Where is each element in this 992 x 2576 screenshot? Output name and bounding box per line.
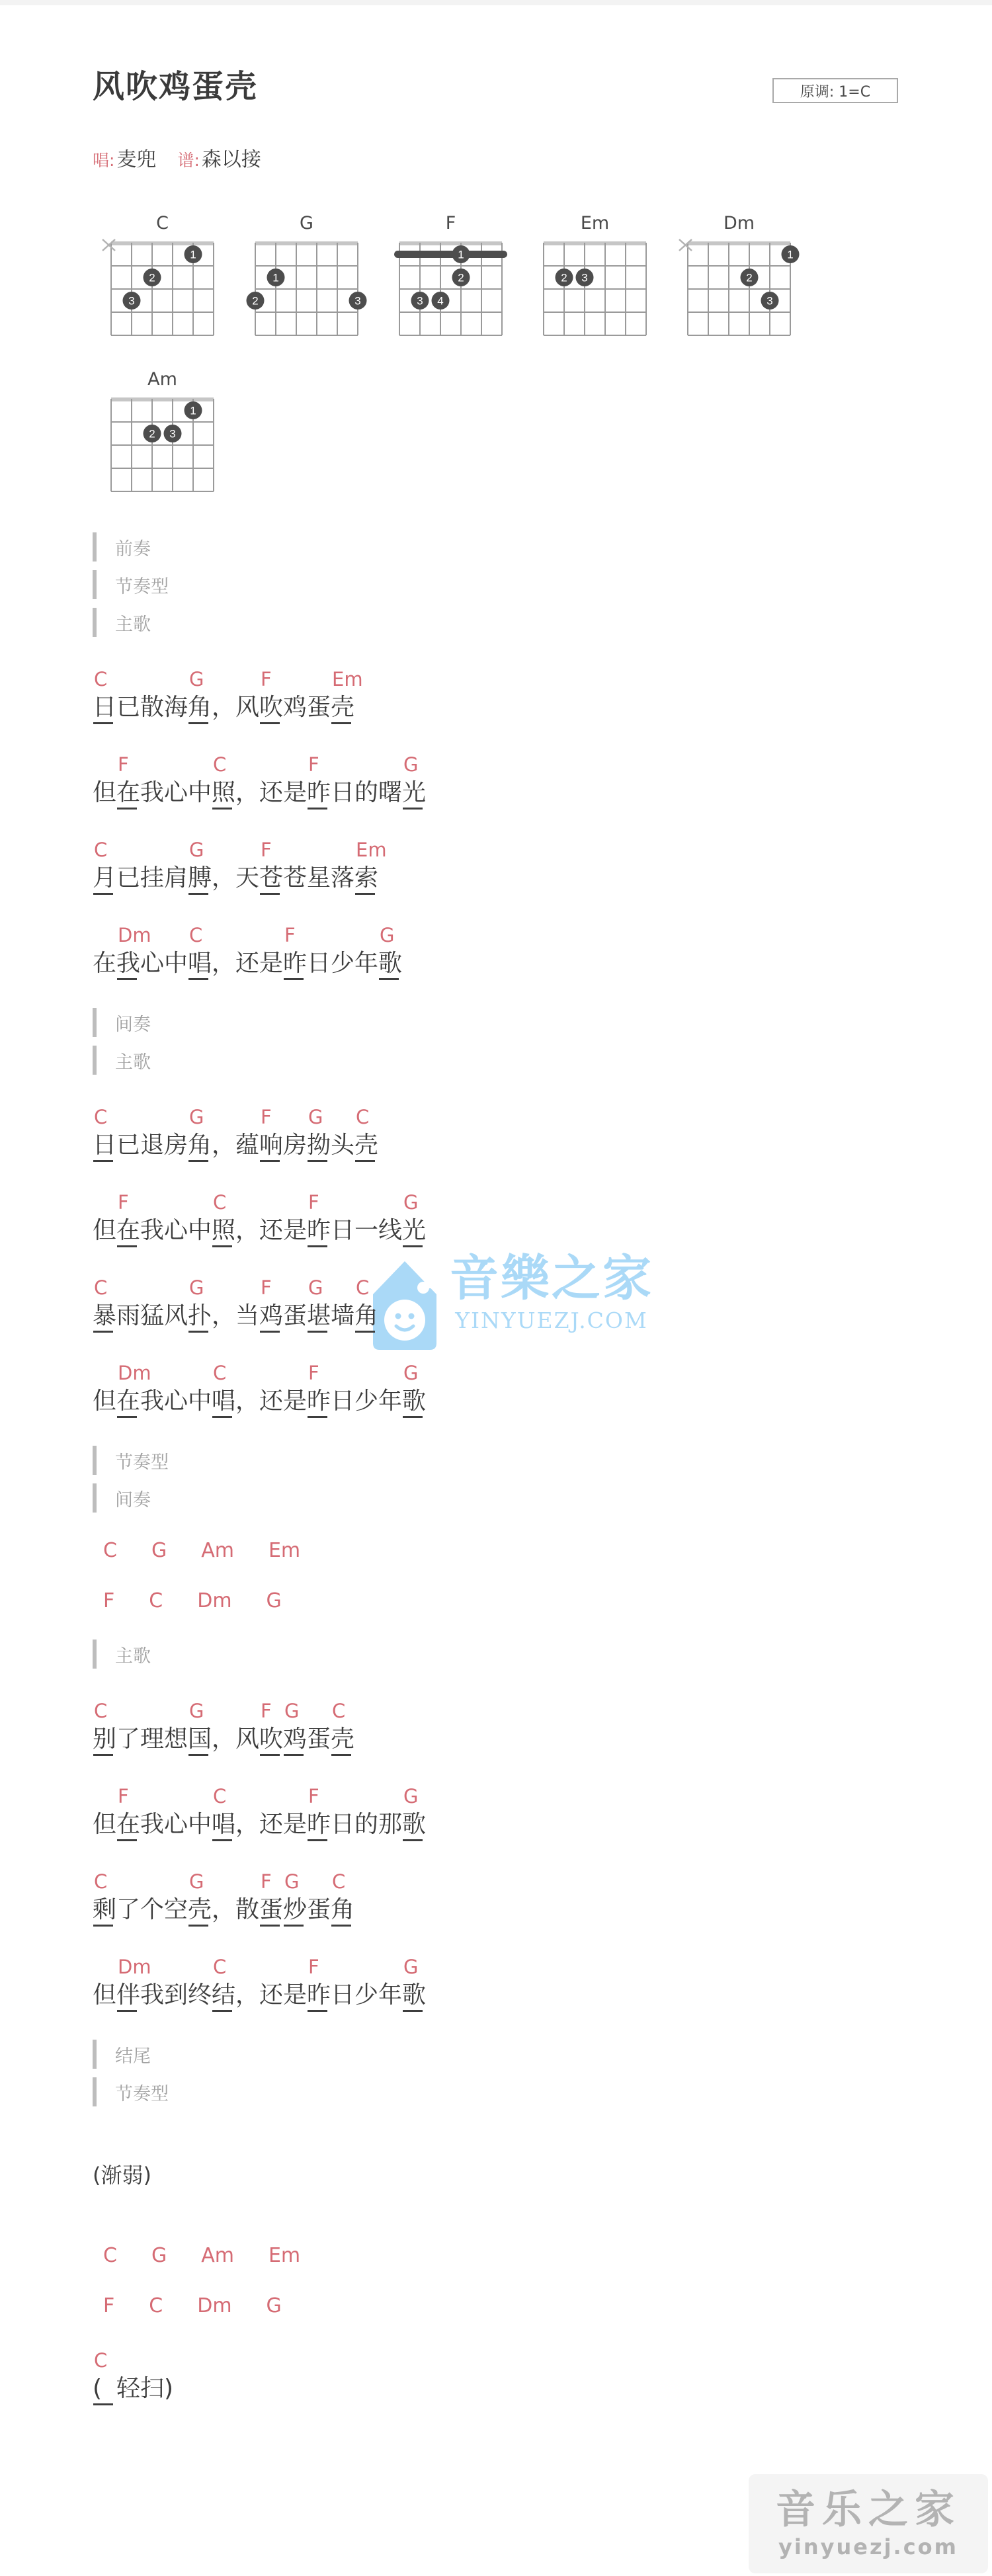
chord-label: C (356, 1106, 369, 1128)
lyric-char: 剩 (93, 1895, 116, 1925)
chord-diagram-Dm: Dm123 (676, 212, 808, 342)
lyric-char: 一 (354, 1216, 378, 1245)
lyric-line: CGFGC暴雨猛风扑，当鸡蛋堪墙角 (93, 1275, 992, 1331)
song-body: 前奏节奏型主歌CGFEm日已散海角，风吹鸡蛋壳FCFG但在我心中照，还是昨日的曙… (93, 532, 992, 2403)
lyric-text: 但在我心中照，还是昨日的曙光 (93, 778, 992, 808)
chord-label: G (189, 1700, 204, 1722)
lyric-text: 但在我心中唱，还是昨日少年歌 (93, 1387, 992, 1416)
section-label-主歌: 主歌 (93, 1640, 992, 1669)
section-label-text: 节奏型 (115, 572, 169, 598)
svg-text:2: 2 (746, 272, 752, 284)
lyric-char: 的 (354, 1810, 378, 1839)
chord-label: G (403, 1362, 418, 1384)
lyric-char: 已 (116, 864, 140, 893)
chord-label: G (284, 1700, 299, 1722)
lyric-char: 散 (140, 693, 164, 722)
chord-label: C (332, 1700, 345, 1722)
chord-label: C (189, 924, 202, 946)
lyric-char: 我 (140, 1216, 164, 1245)
lyric-char: 了 (116, 1895, 140, 1925)
lyric-char: 吹 (259, 693, 283, 722)
lyric-char: 角 (354, 1302, 378, 1331)
lyric-line: CGFGC日已退房角，蕴响房拗头壳 (93, 1104, 992, 1160)
chord-sheet-page: 风吹鸡蛋壳 原调: 1=C 唱:麦兜谱:森以接 C123G123F1234Em2… (0, 0, 992, 2576)
svg-text:2: 2 (149, 428, 155, 440)
chord-label: G (403, 1956, 418, 1978)
lyric-line: C(轻扫) (93, 2348, 992, 2403)
svg-text:3: 3 (581, 272, 587, 284)
lyric-char: 但 (93, 1216, 116, 1245)
lyric-char: 我 (116, 949, 140, 978)
lyric-char: 歌 (402, 1387, 426, 1416)
svg-text:1: 1 (787, 249, 793, 261)
lyric-text: 剩了个空壳，散蛋炒蛋角 (93, 1895, 992, 1925)
lyric-char: 在 (116, 1216, 140, 1245)
lyric-char: 理 (140, 1725, 164, 1754)
lyric-char: ， (212, 949, 235, 978)
lyric-line: CGFGC剩了个空壳，散蛋炒蛋角 (93, 1869, 992, 1925)
chord-label: F (308, 1785, 319, 1807)
lyric-char: 拗 (307, 1131, 331, 1160)
section-label-text: 主歌 (115, 610, 151, 636)
chord-label: F (118, 1191, 129, 1214)
lyric-line: CGFEm日已散海角，风吹鸡蛋壳 (93, 667, 992, 722)
chord-label: Em (269, 2244, 300, 2267)
chord-label: F (103, 1589, 114, 1612)
lyric-char: 日 (331, 1387, 354, 1416)
chord-label: Em (332, 668, 363, 690)
lyric-line: FCFG但在我心中照，还是昨日的曙光 (93, 752, 992, 808)
chord-label: C (213, 1362, 226, 1384)
chord-diagram-row-2: Am123 (99, 368, 992, 498)
lyric-char: 风 (235, 693, 259, 722)
chord-label: F (261, 1700, 272, 1722)
lyric-char: ， (235, 1981, 259, 2010)
lyric-char: 终 (188, 1981, 212, 2010)
section-label-text: 前奏 (115, 534, 151, 560)
chord-label: C (332, 1870, 345, 1893)
svg-text:3: 3 (354, 295, 360, 308)
lyric-char: 中 (164, 949, 188, 978)
arranger-label: 谱: (177, 151, 199, 170)
section-bar (93, 1008, 97, 1037)
chord-progression-row: FCDmG (93, 1589, 992, 1613)
lyric-char: 苍 (259, 864, 283, 893)
footer-logo-url: yinyuezj.com (778, 2534, 958, 2559)
lyric-char: 是 (283, 778, 307, 808)
chord-label: Dm (118, 924, 151, 946)
lyric-char: 曙 (378, 778, 402, 808)
lyric-char: 退 (140, 1131, 164, 1160)
lyric-char: 唱 (212, 1810, 235, 1839)
lyric-text: 别了理想国，风吹鸡蛋壳 (93, 1725, 992, 1754)
chord-label: F (261, 839, 272, 861)
section-bar (93, 532, 97, 561)
lyric-char: 中 (188, 778, 212, 808)
lyric-char: 昨 (283, 949, 307, 978)
chord-label: C (213, 1956, 226, 1978)
chord-label: F (261, 668, 272, 690)
lyric-line: CGFGC别了理想国，风吹鸡蛋壳 (93, 1698, 992, 1754)
lyric-char: 还 (259, 1810, 283, 1839)
lyric-char: 心 (164, 1216, 188, 1245)
lyric-char: 蛋 (307, 1725, 331, 1754)
lyric-char: 但 (93, 1387, 116, 1416)
chord-label: F (284, 924, 296, 946)
lyric-char: 少 (331, 949, 354, 978)
chord-label: G (189, 839, 204, 861)
chord-label: C (94, 1276, 107, 1299)
lyric-char: 房 (283, 1131, 307, 1160)
section-bar (93, 1483, 97, 1513)
fretboard-grid: 123 (99, 395, 231, 495)
lyric-char: 年 (378, 1387, 402, 1416)
lyric-char: 炒 (283, 1895, 307, 1925)
lyric-char: 心 (164, 1387, 188, 1416)
lyric-text: 日已退房角，蕴响房拗头壳 (93, 1131, 992, 1160)
chord-label: C (94, 1700, 107, 1722)
lyric-char: 蛋 (307, 1895, 331, 1925)
chord-label: F (308, 1956, 319, 1978)
section-bar (93, 1640, 97, 1669)
singer-name: 麦兜 (116, 148, 156, 171)
lyric-line: DmCFG在我心中唱，还是昨日少年歌 (93, 923, 992, 978)
singer-label: 唱: (93, 151, 114, 170)
chord-label: Dm (118, 1956, 151, 1978)
lyric-char: 苍 (283, 864, 307, 893)
chord-progression-row: CGAmEm (93, 1539, 992, 1563)
svg-text:3: 3 (417, 295, 423, 308)
chord-label: C (149, 1589, 163, 1612)
lyric-char: ， (212, 1725, 235, 1754)
lyric-char: 已 (116, 1131, 140, 1160)
lyric-char: 了 (116, 1725, 140, 1754)
chord-diagram-G: G123 (243, 212, 376, 342)
chord-diagram-Am: Am123 (99, 368, 231, 498)
lyric-char: 日 (331, 778, 354, 808)
lyric-char: 蛋 (283, 1302, 307, 1331)
lyric-char: 但 (93, 778, 116, 808)
svg-text:2: 2 (458, 272, 464, 284)
chord-label: F (261, 1276, 272, 1299)
chord-label: G (267, 1589, 282, 1612)
lyric-char: ， (235, 1810, 259, 1839)
svg-text:2: 2 (149, 272, 155, 284)
chord-label: Dm (118, 1362, 151, 1384)
lyric-char: 是 (283, 1981, 307, 2010)
lyric-char: 雨 (116, 1302, 140, 1331)
chord-label: F (261, 1106, 272, 1128)
lyric-char: 日 (331, 1216, 354, 1245)
lyric-char: ， (212, 1302, 235, 1331)
lyric-char: 房 (164, 1131, 188, 1160)
section-label-text: 结尾 (115, 2042, 151, 2067)
lyric-char: 到 (164, 1981, 188, 2010)
chord-label: C (103, 1539, 117, 1562)
chord-label: Am (201, 1539, 234, 1562)
lyric-char: 昨 (307, 1810, 331, 1839)
lyric-char: 响 (259, 1131, 283, 1160)
performance-note: (渐弱) (93, 2162, 992, 2188)
lyric-char: ， (212, 1895, 235, 1925)
fretboard-grid: 123 (243, 239, 376, 339)
lyric-char: 扫 (140, 2374, 164, 2403)
lyric-text: 但在我心中唱，还是昨日的那歌 (93, 1810, 992, 1839)
chord-label: G (267, 2294, 282, 2317)
section-label-结尾: 结尾 (93, 2040, 992, 2069)
svg-text:4: 4 (437, 295, 443, 308)
chord-label: G (284, 1870, 299, 1893)
lyric-char: 心 (164, 1810, 188, 1839)
lyric-char: 壳 (331, 1725, 354, 1754)
chord-label: C (213, 1785, 226, 1807)
chord-label: F (308, 753, 319, 776)
chord-label: G (308, 1276, 323, 1299)
lyric-char: 中 (188, 1810, 212, 1839)
lyric-char: 当 (235, 1302, 259, 1331)
lyric-char: 个 (140, 1895, 164, 1925)
lyric-char: 国 (188, 1725, 212, 1754)
section-bar (93, 570, 97, 599)
chord-label: C (213, 1191, 226, 1214)
lyric-text: 在我心中唱，还是昨日少年歌 (93, 949, 992, 978)
lyric-char: 轻 (116, 2374, 140, 2403)
lyric-char: 照 (212, 778, 235, 808)
lyric-char: 少 (354, 1981, 378, 2010)
lyric-char: 我 (140, 1981, 164, 2010)
chord-label: G (189, 1870, 204, 1893)
lyric-char: ) (164, 2374, 188, 2403)
lyric-char: 还 (259, 1981, 283, 2010)
lyric-char: 鸡 (283, 1725, 307, 1754)
chord-label: G (403, 1191, 418, 1214)
arranger-name: 森以接 (202, 148, 261, 171)
section-label-text: 节奏型 (115, 2079, 169, 2105)
chord-diagram-row-1: C123G123F1234Em23Dm123 (99, 212, 992, 342)
lyric-char: 星 (307, 864, 331, 893)
lyric-line: DmCFG但在我心中唱，还是昨日少年歌 (93, 1360, 992, 1416)
lyric-char: ， (235, 1216, 259, 1245)
lyric-char: 墙 (331, 1302, 354, 1331)
lyric-char: 落 (331, 864, 354, 893)
lyric-char: 那 (378, 1810, 402, 1839)
fretboard-grid: 23 (532, 239, 664, 339)
lyric-char: 已 (116, 693, 140, 722)
lyric-char: 风 (164, 1302, 188, 1331)
lyric-char: 中 (188, 1216, 212, 1245)
lyric-char: 海 (164, 693, 188, 722)
lyric-char: 堪 (307, 1302, 331, 1331)
chord-diagram-name: G (255, 212, 358, 234)
lyric-char: 我 (140, 778, 164, 808)
lyric-char: 头 (331, 1131, 354, 1160)
lyric-char: 壳 (354, 1131, 378, 1160)
lyric-char: 角 (331, 1895, 354, 1925)
lyric-char: 扑 (188, 1302, 212, 1331)
lyric-char: 暴 (93, 1302, 116, 1331)
lyric-char: 在 (116, 778, 140, 808)
lyric-text: (轻扫) (93, 2374, 992, 2403)
lyric-line: FCFG但在我心中唱，还是昨日的那歌 (93, 1784, 992, 1839)
fretboard-grid: 1234 (388, 239, 520, 339)
lyric-char: 日 (331, 1981, 354, 2010)
credits: 唱:麦兜谱:森以接 (93, 147, 992, 174)
chord-label: G (189, 1106, 204, 1128)
lyric-text: 月已挂肩膊，天苍苍星落索 (93, 864, 992, 893)
lyric-char: 的 (354, 778, 378, 808)
page-top-band (0, 0, 992, 5)
section-label-节奏型: 节奏型 (93, 2077, 992, 2106)
chord-diagram-name: Em (544, 212, 646, 234)
lyric-char: 鸡 (259, 1302, 283, 1331)
section-label-间奏: 间奏 (93, 1483, 992, 1513)
chord-diagram-Em: Em23 (532, 212, 664, 342)
chord-label: F (261, 1870, 272, 1893)
chord-label: G (189, 668, 204, 690)
svg-text:3: 3 (169, 428, 175, 440)
lyric-char: 是 (283, 1216, 307, 1245)
lyric-text: 日已散海角，风吹鸡蛋壳 (93, 693, 992, 722)
lyric-char: 年 (378, 1981, 402, 2010)
lyric-char: 角 (188, 1131, 212, 1160)
chord-label: C (103, 2244, 117, 2267)
lyric-char: 年 (354, 949, 378, 978)
lyric-char: 线 (378, 1216, 402, 1245)
lyric-char: 光 (402, 778, 426, 808)
chord-diagram-F: F1234 (388, 212, 520, 342)
section-label-主歌: 主歌 (93, 608, 992, 637)
chord-label: C (94, 2349, 107, 2372)
lyric-char: 别 (93, 1725, 116, 1754)
chord-label: Em (356, 839, 387, 861)
lyric-char: ， (212, 693, 235, 722)
chord-label: G (151, 2244, 167, 2267)
lyric-char: 结 (212, 1981, 235, 2010)
lyric-text: 暴雨猛风扑，当鸡蛋堪墙角 (93, 1302, 992, 1331)
chord-label: G (151, 1539, 167, 1562)
section-label-text: 主歌 (115, 1641, 151, 1667)
lyric-char: 是 (259, 949, 283, 978)
section-label-主歌: 主歌 (93, 1046, 992, 1075)
lyric-char: 日 (331, 1810, 354, 1839)
svg-text:1: 1 (190, 249, 196, 261)
lyric-char: 唱 (212, 1387, 235, 1416)
lyric-char: 还 (235, 949, 259, 978)
chord-diagram-name: Am (111, 368, 214, 390)
section-label-text: 节奏型 (115, 1448, 169, 1474)
section-label-前奏: 前奏 (93, 532, 992, 561)
section-bar (93, 2040, 97, 2069)
svg-text:2: 2 (252, 295, 258, 308)
lyric-char: 昨 (307, 778, 331, 808)
chord-diagram-name: Dm (688, 212, 790, 234)
lyric-char: 中 (188, 1387, 212, 1416)
lyric-text: 但在我心中照，还是昨日一线光 (93, 1216, 992, 1245)
lyric-char: 但 (93, 1810, 116, 1839)
barre-bar (394, 251, 507, 258)
lyric-char: 月 (93, 864, 116, 893)
chord-label: Dm (197, 2294, 231, 2317)
footer-logo: 音乐之家 yinyuezj.com (749, 2474, 988, 2573)
lyric-char: 蕴 (235, 1131, 259, 1160)
lyric-char: 索 (354, 864, 378, 893)
lyric-char: 在 (116, 1387, 140, 1416)
lyric-line: FCFG但在我心中照，还是昨日一线光 (93, 1190, 992, 1245)
lyric-char: 是 (283, 1387, 307, 1416)
lyric-char: 散 (235, 1895, 259, 1925)
lyric-line: DmCFG但伴我到终结，还是昨日少年歌 (93, 1954, 992, 2010)
chord-label: G (403, 1785, 418, 1807)
lyric-char: 心 (140, 949, 164, 978)
lyric-char: 少 (354, 1387, 378, 1416)
lyric-char: 我 (140, 1387, 164, 1416)
chord-label: C (149, 2294, 163, 2317)
chord-label: F (308, 1191, 319, 1214)
lyric-char: 天 (235, 864, 259, 893)
lyric-char: 鸡 (283, 693, 307, 722)
lyric-char: 日 (93, 1131, 116, 1160)
chord-progression-row: FCDmG (93, 2294, 992, 2318)
chord-label: G (403, 753, 418, 776)
lyric-char: 歌 (402, 1981, 426, 2010)
chord-label: F (308, 1362, 319, 1384)
chord-diagram-C: C123 (99, 212, 231, 342)
svg-text:1: 1 (190, 405, 196, 417)
chord-label: F (118, 1785, 129, 1807)
lyric-char: 空 (164, 1895, 188, 1925)
section-label-间奏: 间奏 (93, 1008, 992, 1037)
section-label-text: 主歌 (115, 1048, 151, 1073)
lyric-char: 壳 (331, 693, 354, 722)
lyric-char: 蛋 (259, 1895, 283, 1925)
section-bar (93, 608, 97, 637)
chord-label: Dm (197, 1589, 231, 1612)
fretboard-grid: 123 (676, 239, 808, 339)
lyric-char: 心 (164, 778, 188, 808)
lyric-char: 还 (259, 1387, 283, 1416)
lyric-char: 日 (93, 693, 116, 722)
lyric-char: ， (212, 1131, 235, 1160)
lyric-char: 壳 (188, 1895, 212, 1925)
section-label-text: 间奏 (115, 1010, 151, 1036)
section-bar (93, 2077, 97, 2106)
lyric-char: 角 (188, 693, 212, 722)
footer-logo-name: 音乐之家 (776, 2488, 961, 2532)
section-label-节奏型: 节奏型 (93, 1446, 992, 1475)
lyric-char: 昨 (307, 1387, 331, 1416)
chord-label: G (308, 1106, 323, 1128)
chord-progression-row: CGAmEm (93, 2244, 992, 2268)
chord-label: F (118, 753, 129, 776)
lyric-char: 但 (93, 1981, 116, 2010)
svg-text:3: 3 (128, 295, 134, 308)
lyric-char: 歌 (402, 1810, 426, 1839)
lyric-text: 但伴我到终结，还是昨日少年歌 (93, 1981, 992, 2010)
lyric-char: 在 (93, 949, 116, 978)
lyric-char: 风 (235, 1725, 259, 1754)
lyric-char: 昨 (307, 1981, 331, 2010)
lyric-char: 猛 (140, 1302, 164, 1331)
chord-diagram-name: C (111, 212, 214, 234)
lyric-char: 膊 (188, 864, 212, 893)
lyric-char: ， (212, 864, 235, 893)
lyric-char: 照 (212, 1216, 235, 1245)
lyric-char: 还 (259, 1216, 283, 1245)
lyric-char: ， (235, 778, 259, 808)
lyric-char: 伴 (116, 1981, 140, 2010)
lyric-char: 吹 (259, 1725, 283, 1754)
lyric-char: 想 (164, 1725, 188, 1754)
